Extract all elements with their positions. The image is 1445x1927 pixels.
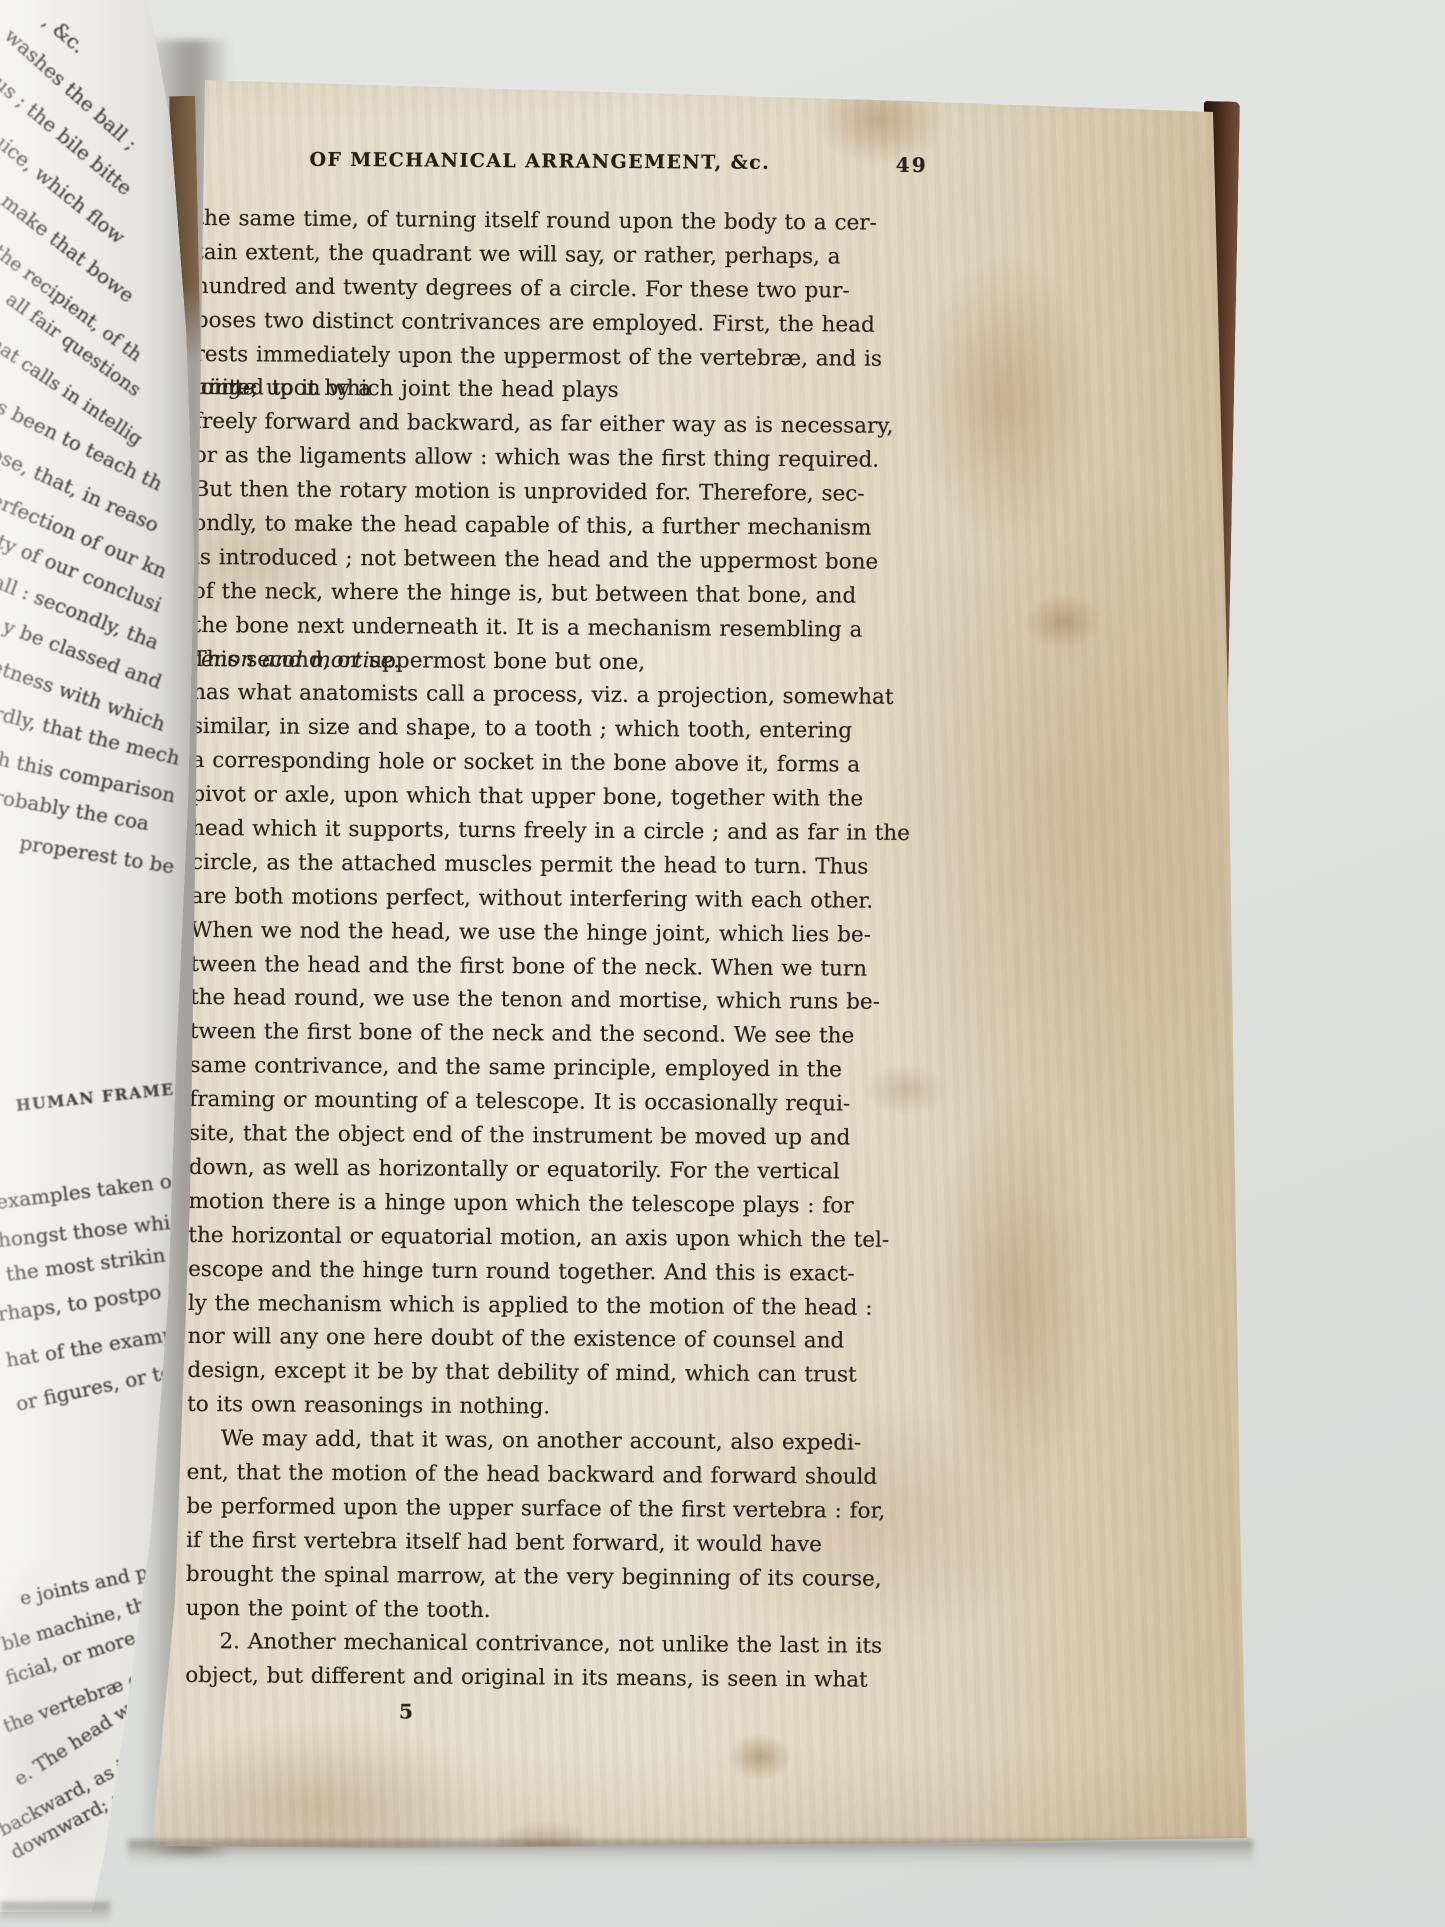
text-line: motion there is a hinge upon which the t… [188,1185,930,1224]
book-bottom-shadow [128,1840,1253,1866]
text-line: poses two distinct contrivances are empl… [195,304,937,343]
page-number: 49 [896,153,928,177]
text-line: are both motions perfect, without interf… [191,880,933,919]
running-header: OF MECHANICAL ARRANGEMENT, &c. [309,149,770,174]
text-line: down, as well as horizontally or equator… [189,1151,931,1190]
text-line: We may add, that it was, on another acco… [187,1422,929,1461]
text-line: be performed upon the upper surface of t… [186,1490,928,1529]
text-line: has what anatomists call a process, viz.… [192,676,934,715]
text-line: nor will any one here doubt of the exist… [188,1320,930,1359]
text-line: or as the ligaments allow : which was th… [194,439,936,478]
left-page-text-fragment: rhaps, to postpo [0,1279,163,1326]
book-photo: OF MECHANICAL ARRANGEMENT, &c. 49 the sa… [0,0,1445,1927]
left-page-text-fragment: the most strikin [5,1243,167,1286]
text-line: if the first vertebra itself had bent fo… [186,1524,928,1563]
running-header-row: OF MECHANICAL ARRANGEMENT, &c. 49 [196,148,938,183]
text-line: tenon and mortise. This second, or upper… [192,642,934,681]
left-page-text-fragment: examples taken o [0,1169,173,1214]
right-page-text: OF MECHANICAL ARRANGEMENT, &c. 49 the sa… [185,138,938,1763]
text-line: tain extent, the quadrant we will say, o… [195,236,937,275]
text-line: escope and the hinge turn round together… [188,1253,930,1292]
left-page-bottom-shadow [0,1902,110,1922]
text-line: tween the first bone of the neck and the… [190,1015,932,1054]
text-line: a corresponding hole or socket in the bo… [192,744,934,783]
text-line: framing or mounting of a telescope. It i… [189,1083,931,1122]
signature-mark: 5 [185,1695,1141,1732]
text-line: same contrivance, and the same principle… [189,1049,931,1088]
text-line: head which it supports, turns freely in … [191,812,933,851]
text-line: circle, as the attached muscles permit t… [191,846,933,885]
text-line: upon the point of the tooth. [186,1591,928,1630]
text-line: freely forward and backward, as far eith… [194,405,936,444]
text-line: site, that the object end of the instrum… [189,1117,931,1156]
text-line: similar, in size and shape, to a tooth ;… [192,710,934,749]
text-line: the head round, we use the tenon and mor… [190,981,932,1020]
left-page-text-fragment: properest to be [18,830,176,878]
text-line: ondly, to make the head capable of this,… [193,507,935,546]
text-line: of the neck, where the hinge is, but bet… [193,575,935,614]
page-body: the same time, of turning itself round u… [185,202,937,1698]
text-line: ly the mechanism which is applied to the… [188,1286,930,1325]
text-line: united to it by a hinge joint ; upon whi… [194,371,936,410]
text-line: object, but different and original in it… [185,1659,927,1698]
text-line: brought the spinal marrow, at the very b… [186,1558,928,1597]
text-line: is introduced ; not between the head and… [193,541,935,580]
text-line: hundred and twenty degrees of a circle. … [195,270,937,309]
text-line: When we nod the head, we use the hinge j… [190,914,932,953]
text-line: But then the rotary motion is unprovided… [193,473,935,512]
left-page-text-fragment: HUMAN FRAME. [15,1079,182,1115]
text-line: ent, that the motion of the head backwar… [187,1456,929,1495]
text-line: 2. Another mechanical contrivance, not u… [185,1625,927,1664]
text-line: rests immediately upon the uppermost of … [194,337,936,376]
text-line: the bone next underneath it. It is a mec… [192,609,934,648]
text-line: pivot or axle, upon which that upper bon… [191,778,933,817]
text-line: the same time, of turning itself round u… [195,202,937,241]
text-line: to its own reasonings in nothing. [187,1388,929,1427]
text-line: the horizontal or equatorial motion, an … [188,1219,930,1258]
text-line: tween the head and the first bone of the… [190,948,932,987]
text-line: design, except it be by that debility of… [187,1354,929,1393]
